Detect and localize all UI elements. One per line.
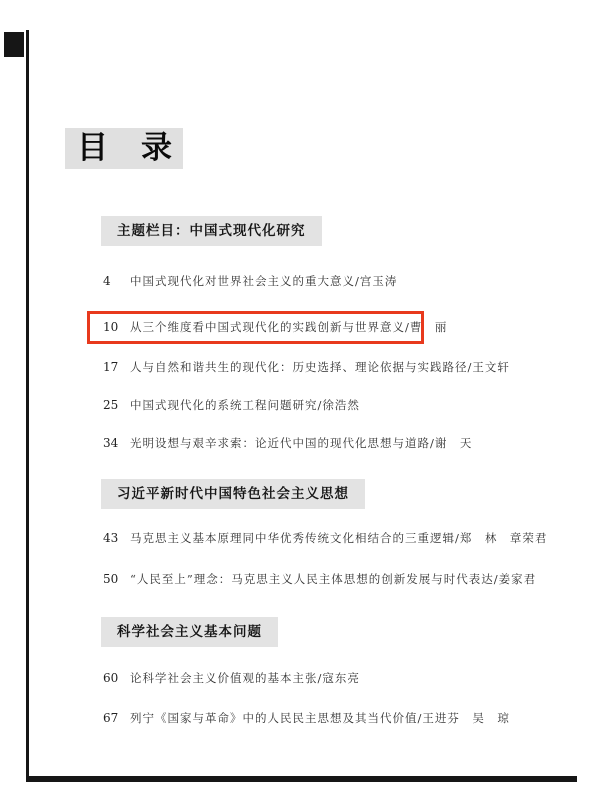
page-number: 34	[103, 436, 130, 451]
item-title: 光明设想与艰辛求索：论近代中国的现代化思想与道路/谢 天	[130, 436, 472, 450]
item-title: 中国式现代化对世界社会主义的重大意义/宫玉涛	[130, 274, 397, 288]
toc-item[interactable]: 60论科学社会主义价值观的基本主张/寇东亮	[103, 671, 360, 686]
toc-item[interactable]: 67列宁《国家与革命》中的人民民主思想及其当代价值/王进芬 吴 琼	[103, 711, 510, 726]
page-number: 43	[103, 531, 130, 546]
toc-item[interactable]: 50“人民至上”理念：马克思主义人民主体思想的创新发展与时代表达/姜家君	[103, 572, 536, 587]
item-title: 人与自然和谐共生的现代化：历史选择、理论依据与实践路径/王文轩	[130, 360, 510, 374]
item-title: 从三个维度看中国式现代化的实践创新与世界意义/曹 丽	[130, 320, 447, 334]
section-header-xi-thought: 习近平新时代中国特色社会主义思想	[101, 479, 365, 509]
item-title: “人民至上”理念：马克思主义人民主体思想的创新发展与时代表达/姜家君	[130, 572, 536, 586]
page-number: 50	[103, 572, 130, 587]
item-title: 中国式现代化的系统工程问题研究/徐浩然	[130, 398, 360, 412]
page-number: 17	[103, 360, 130, 375]
toc-item[interactable]: 25中国式现代化的系统工程问题研究/徐浩然	[103, 398, 360, 413]
toc-item[interactable]: 17人与自然和谐共生的现代化：历史选择、理论依据与实践路径/王文轩	[103, 360, 510, 375]
item-title: 马克思主义基本原理同中华优秀传统文化相结合的三重逻辑/郑 林 章荣君	[130, 531, 547, 545]
item-title: 列宁《国家与革命》中的人民民主思想及其当代价值/王进芬 吴 琼	[130, 711, 510, 725]
scan-bottom-edge	[26, 776, 577, 782]
toc-item[interactable]: 34光明设想与艰辛求索：论近代中国的现代化思想与道路/谢 天	[103, 436, 472, 451]
scan-left-edge	[26, 30, 29, 781]
page-title: 目 录	[65, 128, 183, 169]
item-title: 论科学社会主义价值观的基本主张/寇东亮	[130, 671, 360, 685]
section-header-scientific-socialism: 科学社会主义基本问题	[101, 617, 278, 647]
page-number: 25	[103, 398, 130, 413]
toc-item-highlighted[interactable]: 10从三个维度看中国式现代化的实践创新与世界意义/曹 丽	[103, 320, 447, 335]
section-header-modernization: 主题栏目：中国式现代化研究	[101, 216, 322, 246]
page-number: 67	[103, 711, 130, 726]
page-number: 60	[103, 671, 130, 686]
toc-item[interactable]: 43马克思主义基本原理同中华优秀传统文化相结合的三重逻辑/郑 林 章荣君	[103, 531, 547, 546]
page-number: 4	[103, 274, 130, 289]
toc-item[interactable]: 4中国式现代化对世界社会主义的重大意义/宫玉涛	[103, 274, 397, 289]
page-number: 10	[103, 320, 130, 335]
scan-corner-block	[4, 32, 24, 57]
